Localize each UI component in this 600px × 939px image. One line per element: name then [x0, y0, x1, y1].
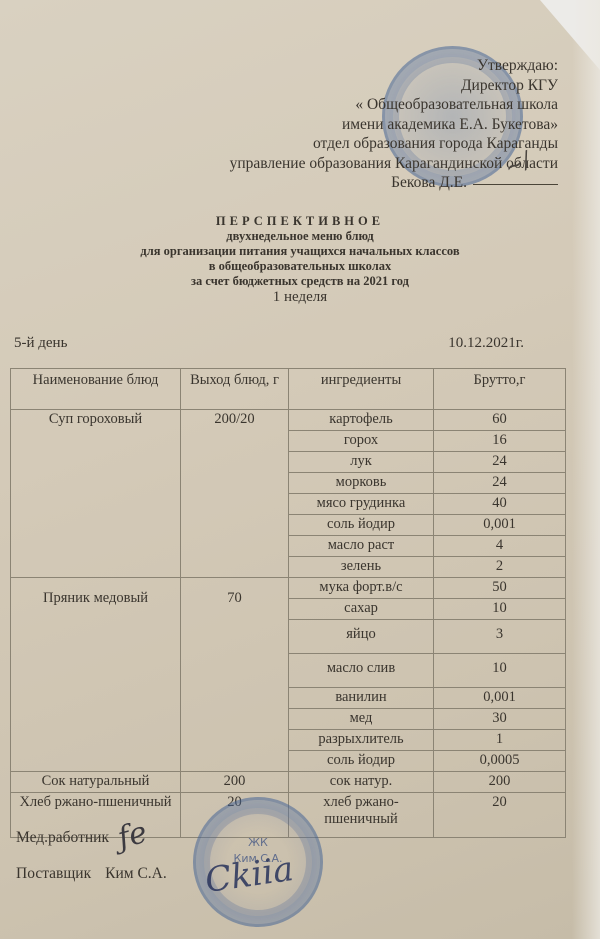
ingredient-name-cell: морковь [289, 473, 434, 494]
document-title: ПЕРСПЕКТИВНОЕ [0, 214, 600, 229]
header-gross: Брутто,г [434, 369, 566, 410]
signatory-name: Бекова Д.Е. [391, 174, 467, 191]
ingredient-gross-cell: 3 [434, 620, 566, 654]
ingredient-gross-cell: 2 [434, 557, 566, 578]
header-ingredients: ингредиенты [289, 369, 434, 410]
ingredient-gross-cell: 24 [434, 473, 566, 494]
approval-line: отдел образования города Караганды [138, 134, 558, 154]
approval-line: имени академика Е.А. Букетова» [138, 115, 558, 135]
table-row: Сок натуральный200сок натур.200 [11, 772, 566, 793]
dish-name-cell: Сок натуральный [11, 772, 181, 793]
supplier-name: Ким С.А. [105, 865, 167, 882]
ingredient-gross-cell: 24 [434, 452, 566, 473]
table-row: Пряник медовый70мука форт.в/с50 [11, 578, 566, 599]
menu-table-body: Суп гороховый200/20картофель60горох16лук… [11, 410, 566, 838]
ingredient-name-cell: горох [289, 431, 434, 452]
ingredient-name-cell: сок натур. [289, 772, 434, 793]
ingredient-name-cell: мед [289, 709, 434, 730]
ingredient-name-cell: лук [289, 452, 434, 473]
approval-line: Директор КГУ [138, 76, 558, 96]
approval-block: Утверждаю: Директор КГУ « Общеобразовате… [138, 56, 558, 193]
stamp-text: ЖК [196, 836, 320, 849]
ingredient-name-cell: зелень [289, 557, 434, 578]
ingredient-name-cell: масло раст [289, 536, 434, 557]
ingredient-gross-cell: 10 [434, 654, 566, 688]
table-row: Суп гороховый200/20картофель60 [11, 410, 566, 431]
ingredient-gross-cell: 50 [434, 578, 566, 599]
menu-date: 10.12.2021г. [448, 335, 524, 352]
dish-yield-cell: 200/20 [181, 410, 289, 578]
ingredient-gross-cell: 30 [434, 709, 566, 730]
ingredient-name-cell: масло слив [289, 654, 434, 688]
approval-line: « Общеобразовательная школа [138, 95, 558, 115]
dish-name-cell: Пряник медовый [11, 578, 181, 772]
ingredient-gross-cell: 10 [434, 599, 566, 620]
ingredient-name-cell: соль йодир [289, 751, 434, 772]
header-dish-name: Наименование блюд [11, 369, 181, 410]
ingredient-name-cell: сахар [289, 599, 434, 620]
page-edge-shadow [572, 0, 600, 939]
title-line: в общеобразовательных школах [0, 259, 600, 274]
ingredient-name-cell: мука форт.в/с [289, 578, 434, 599]
supplier-signature-row: ПоставщикКим С.А. [16, 864, 167, 900]
table-header-row: Наименование блюд Выход блюд, г ингредие… [11, 369, 566, 410]
approval-line: Утверждаю: [138, 56, 558, 76]
ingredient-gross-cell: 1 [434, 730, 566, 751]
ingredient-name-cell: яйцо [289, 620, 434, 654]
ingredient-name-cell: картофель [289, 410, 434, 431]
ingredient-gross-cell: 60 [434, 410, 566, 431]
dish-name-cell: Суп гороховый [11, 410, 181, 578]
approval-signatory: Бекова Д.Е. [138, 173, 558, 193]
ingredient-gross-cell: 200 [434, 772, 566, 793]
ingredient-name-cell: разрыхлитель [289, 730, 434, 751]
ingredient-gross-cell: 0,001 [434, 688, 566, 709]
ingredient-gross-cell: 0,001 [434, 515, 566, 536]
menu-table: Наименование блюд Выход блюд, г ингредие… [10, 368, 566, 838]
document-title-block: ПЕРСПЕКТИВНОЕ двухнедельное меню блюд дл… [0, 214, 600, 306]
approval-line: управление образования Карагандинской об… [138, 154, 558, 174]
header-yield: Выход блюд, г [181, 369, 289, 410]
ingredient-gross-cell: 4 [434, 536, 566, 557]
ingredient-gross-cell: 16 [434, 431, 566, 452]
medic-label: Мед.работник [16, 829, 109, 846]
ingredient-gross-cell: 0,0005 [434, 751, 566, 772]
dish-yield-cell: 200 [181, 772, 289, 793]
ingredient-gross-cell: 40 [434, 494, 566, 515]
title-line: двухнедельное меню блюд [0, 229, 600, 244]
ingredient-name-cell: соль йодир [289, 515, 434, 536]
title-line: за счет бюджетных средств на 2021 год [0, 274, 600, 289]
dish-yield-cell: 70 [181, 578, 289, 772]
supplier-label: Поставщик [16, 865, 91, 882]
day-label: 5-й день [14, 335, 67, 351]
ingredient-name-cell: ванилин [289, 688, 434, 709]
title-line: для организации питания учащихся начальн… [0, 244, 600, 259]
week-label: 1 неделя [0, 289, 600, 306]
day-row: 5-й день 10.12.2021г. [14, 335, 524, 352]
ingredient-gross-cell: 20 [434, 793, 566, 838]
ingredient-name-cell: мясо грудинка [289, 494, 434, 515]
signature-line [473, 184, 558, 185]
